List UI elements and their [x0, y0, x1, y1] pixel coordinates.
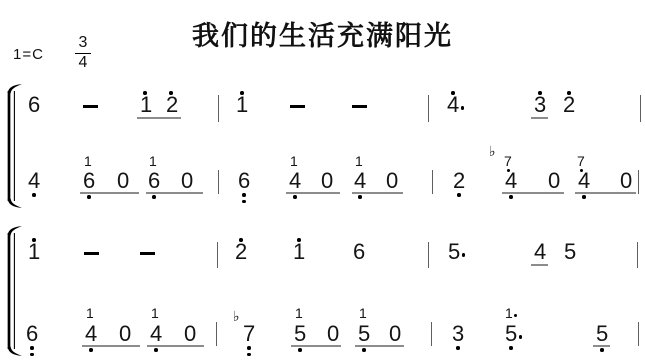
- octave-dot: [87, 195, 91, 199]
- note-digit: 2: [563, 94, 575, 116]
- augmentation-dot: [514, 314, 517, 317]
- note-digit: 1: [140, 94, 152, 116]
- note-digit: 5: [564, 241, 576, 263]
- chord-top-digit: 1: [290, 154, 298, 168]
- beam: [291, 345, 341, 347]
- barline: [218, 95, 219, 122]
- chord-top-digit: 1: [355, 154, 363, 168]
- barline: [216, 322, 217, 346]
- note-digit: 4: [28, 170, 40, 192]
- octave-dot: [298, 348, 302, 352]
- chord-top-digit: 1: [151, 306, 159, 320]
- barline: [428, 95, 429, 122]
- chord-top-digit: 1: [84, 154, 92, 168]
- octave-dot: [89, 348, 93, 352]
- beam: [593, 345, 610, 347]
- note-digit: 5: [358, 323, 370, 345]
- octave-dot: [240, 91, 244, 95]
- rest-digit: 0: [327, 323, 339, 345]
- flat-icon: ♭: [233, 310, 240, 324]
- octave-dot: [567, 91, 571, 95]
- flat-icon: ♭: [489, 145, 496, 159]
- score-page: 我们的生活充满阳光 1=C 3 4 6121432416016061401402…: [0, 0, 645, 363]
- note-digit: 7: [243, 323, 255, 345]
- beam: [355, 345, 404, 347]
- note-digit: 4: [354, 170, 366, 192]
- barline: [428, 242, 429, 268]
- octave-dot: [247, 353, 251, 357]
- beam: [146, 192, 203, 194]
- octave-dot: [451, 91, 455, 95]
- rest-digit: 0: [119, 323, 131, 345]
- note-digit: 4: [289, 170, 301, 192]
- barline: [431, 322, 432, 346]
- note-digit: 1: [293, 241, 305, 263]
- rest-digit: 0: [321, 170, 333, 192]
- duration-dash: [290, 105, 305, 108]
- note-digit: 3: [452, 323, 464, 345]
- octave-dot: [457, 193, 461, 197]
- octave-dot: [32, 238, 36, 242]
- note-digit: 5: [294, 323, 306, 345]
- rest-digit: 0: [117, 170, 129, 192]
- score-area: 6121432416016061401402♭74074012165456140…: [0, 0, 645, 363]
- beam: [352, 192, 403, 194]
- note-digit: 2: [166, 94, 178, 116]
- beam: [502, 192, 564, 194]
- octave-dot: [32, 193, 36, 197]
- octave-dot: [297, 238, 301, 242]
- barline: [432, 170, 433, 194]
- note-digit: 6: [148, 170, 160, 192]
- rest-digit: 0: [386, 170, 398, 192]
- octave-dot: [509, 346, 513, 350]
- note-digit: 5: [505, 323, 517, 345]
- barline: [218, 170, 219, 194]
- note-digit: 1: [236, 94, 248, 116]
- barline: [640, 95, 641, 122]
- chord-top-digit: 1: [359, 306, 367, 320]
- beam: [575, 192, 636, 194]
- octave-dot: [239, 238, 243, 242]
- augmentation-dot: [519, 335, 523, 339]
- octave-dot: [152, 195, 156, 199]
- octave-dot: [30, 346, 34, 350]
- rest-digit: 0: [184, 323, 196, 345]
- duration-dash: [83, 105, 98, 108]
- barline: [638, 322, 639, 346]
- rest-digit: 0: [181, 170, 193, 192]
- barline: [217, 242, 218, 268]
- note-digit: 4: [505, 170, 517, 192]
- octave-dot: [169, 91, 173, 95]
- octave-dot: [538, 91, 542, 95]
- note-digit: 4: [578, 170, 590, 192]
- chord-top-digit: 1: [86, 306, 94, 320]
- barline: [638, 170, 639, 194]
- chord-top-digit: 1: [149, 154, 157, 168]
- octave-dot: [456, 346, 460, 350]
- octave-dot: [358, 195, 362, 199]
- beam: [82, 345, 140, 347]
- note-digit: 5: [448, 241, 460, 263]
- note-digit: 6: [238, 170, 250, 192]
- chord-top-digit: 7: [577, 154, 585, 168]
- note-digit: 6: [83, 170, 95, 192]
- octave-dot: [247, 346, 251, 350]
- note-digit: 1: [28, 241, 40, 263]
- note-digit: 4: [85, 323, 97, 345]
- duration-dash: [352, 105, 367, 108]
- barline: [637, 242, 638, 268]
- note-digit: 4: [447, 94, 459, 116]
- rest-digit: 0: [548, 170, 560, 192]
- beam: [531, 117, 548, 119]
- note-digit: 2: [453, 170, 465, 192]
- octave-dot: [600, 348, 604, 352]
- octave-dot: [242, 193, 246, 197]
- rest-digit: 0: [620, 170, 632, 192]
- duration-dash: [84, 252, 99, 255]
- duration-dash: [140, 252, 155, 255]
- note-digit: 2: [235, 241, 247, 263]
- augmentation-dot: [461, 106, 465, 110]
- note-digit: 4: [150, 323, 162, 345]
- octave-dot: [293, 195, 297, 199]
- beam: [147, 345, 204, 347]
- note-digit: 5: [596, 323, 608, 345]
- beam: [80, 192, 139, 194]
- system-bracket: [2, 84, 24, 208]
- chord-top-digit: 1: [505, 306, 513, 320]
- system-bracket: [2, 226, 24, 356]
- note-digit: 4: [534, 241, 546, 263]
- note-digit: 6: [353, 241, 365, 263]
- chord-top-digit: 7: [504, 154, 512, 168]
- octave-dot: [30, 353, 34, 357]
- rest-digit: 0: [389, 323, 401, 345]
- note-digit: 6: [26, 323, 38, 345]
- note-digit: 6: [28, 94, 40, 116]
- beam: [137, 117, 181, 119]
- note-digit: 3: [534, 94, 546, 116]
- beam: [531, 264, 548, 266]
- octave-dot: [154, 348, 158, 352]
- octave-dot: [582, 195, 586, 199]
- octave-dot: [509, 195, 513, 199]
- beam: [286, 192, 340, 194]
- octave-dot: [242, 200, 246, 204]
- chord-top-digit: 1: [295, 306, 303, 320]
- octave-dot: [362, 348, 366, 352]
- octave-dot: [143, 91, 147, 95]
- augmentation-dot: [462, 253, 466, 257]
